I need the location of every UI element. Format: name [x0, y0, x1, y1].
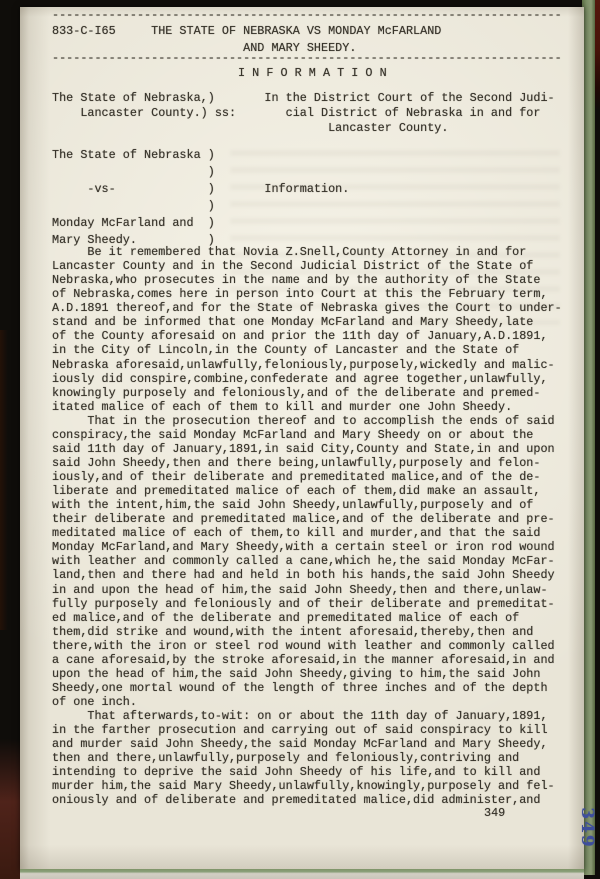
document-title: I N F O R M A T I O N [238, 66, 387, 80]
folio-number-stamp: 349 [575, 799, 597, 857]
venue-statement: The State of Nebraska,) In the District … [52, 91, 555, 136]
dashed-divider-top: ----------------------------------------… [52, 8, 562, 22]
book-cover-bottom-left [0, 739, 20, 879]
dashed-divider-bottom: ----------------------------------------… [52, 51, 562, 65]
book-cover-left-edge [0, 330, 8, 630]
typed-page-number: 349 [484, 806, 505, 820]
scanned-page-photo: ----------------------------------------… [0, 0, 600, 879]
next-page-edge [20, 869, 584, 879]
case-caption: The State of Nebraska ) ) -vs- ) Informa… [52, 147, 349, 249]
information-body-text: Be it remembered that Novia Z.Snell,Coun… [52, 245, 562, 808]
